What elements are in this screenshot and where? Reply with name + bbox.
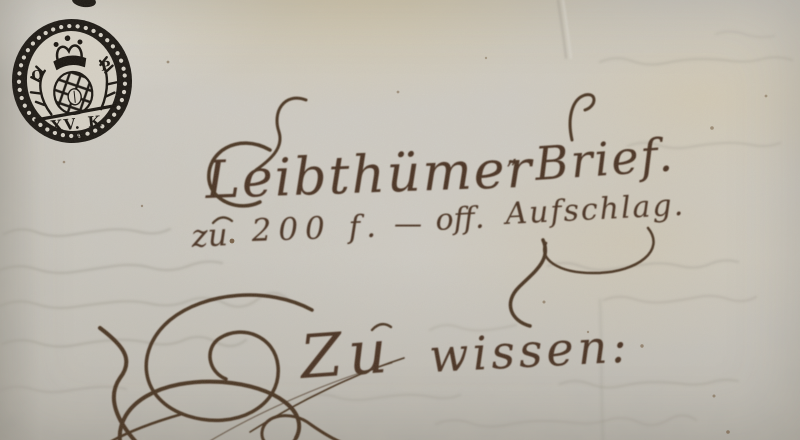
document-canvas: Leibthümer „ Brief. zu 200 f. — off. Auf… — [0, 0, 800, 440]
photo-grain — [0, 0, 800, 440]
manuscript-photo: Leibthümer „ Brief. zu 200 f. — off. Auf… — [0, 0, 800, 440]
